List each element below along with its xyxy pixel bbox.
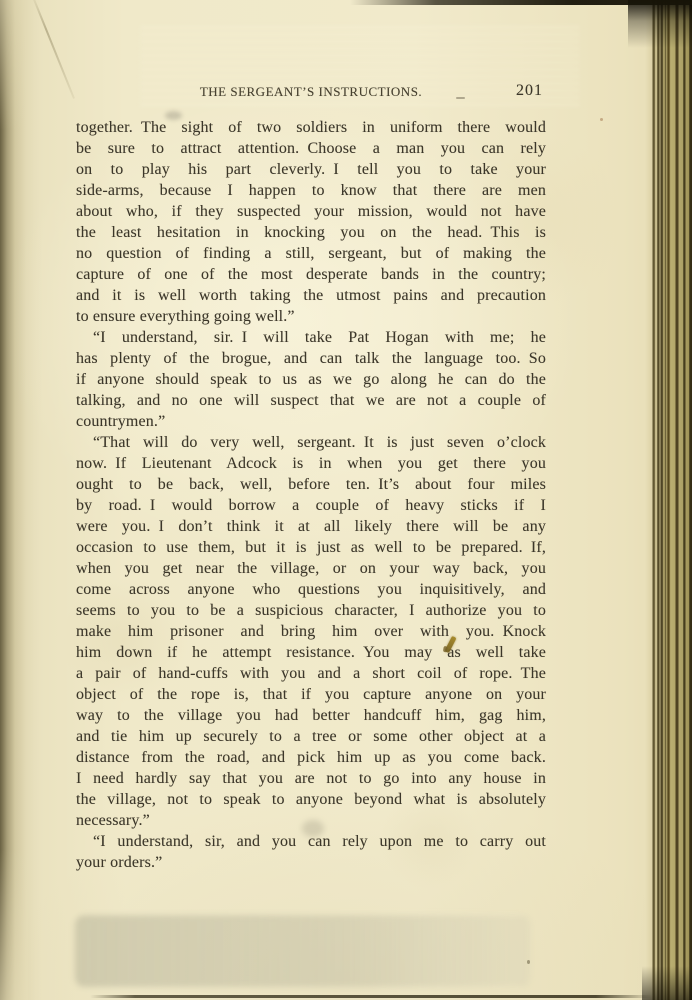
text-line: about who, if they suspected your missio… (76, 201, 546, 222)
text-column: THE SERGEANT’S INSTRUCTIONS. 201 togethe… (76, 84, 546, 873)
text-line: occasion to use them, but it is just as … (76, 537, 546, 558)
text-line: when you get near the village, or on you… (76, 558, 546, 579)
stacked-page-edges (645, 0, 692, 1000)
text-line: him down if he attempt resistance. You m… (76, 642, 546, 663)
text-line: way to the village you had better handcu… (76, 705, 546, 726)
text-line: on to play his part cleverly. I tell you… (76, 159, 546, 180)
text-line: if anyone should speak to us as we go al… (76, 369, 546, 390)
header-stray-mark (456, 97, 465, 99)
page-number: 201 (516, 82, 543, 100)
top-edge-line (350, 0, 692, 5)
faint-smudge-below-necessary (302, 820, 324, 837)
bottom-right-corner-shadow (642, 960, 692, 1000)
text-line: make him prisoner and bring him over wit… (76, 621, 546, 642)
text-line: and it is well worth taking the utmost p… (76, 285, 546, 306)
text-line: by road. I would borrow a couple of heav… (76, 495, 546, 516)
text-line: a pair of hand-cuffs with you and a shor… (76, 663, 546, 684)
paragraph: together. The sight of two soldiers in u… (76, 117, 546, 327)
text-line: side-arms, because I happen to know that… (76, 180, 546, 201)
text-line: distance from the road, and pick him up … (76, 747, 546, 768)
body-text: together. The sight of two soldiers in u… (76, 117, 546, 873)
text-line: to ensure everything going well.” (76, 306, 546, 327)
smudge-above-first-line (165, 111, 182, 120)
text-line: ought to be back, well, before ten. It’s… (76, 474, 546, 495)
text-line: your orders.” (76, 852, 546, 873)
paper-speck (527, 960, 530, 964)
text-line: no question of finding a still, sergeant… (76, 243, 546, 264)
book-scan: THE SERGEANT’S INSTRUCTIONS. 201 togethe… (0, 0, 692, 1000)
paragraph: “That will do very well, sergeant. It is… (76, 432, 546, 831)
text-line: talking, and no one will suspect that we… (76, 390, 546, 411)
text-line: were you. I don’t think it at all likely… (76, 516, 546, 537)
text-line: has plenty of the brogue, and can talk t… (76, 348, 546, 369)
paper-speck (600, 118, 603, 121)
top-right-corner-shadow (628, 0, 692, 60)
text-line: seems to you to be a suspicious characte… (76, 600, 546, 621)
paragraph: “I understand, sir, and you can rely upo… (76, 831, 546, 873)
text-line: the village, not to speak to anyone beyo… (76, 789, 546, 810)
text-line: now. If Lieutenant Adcock is in when you… (76, 453, 546, 474)
text-line: together. The sight of two soldiers in u… (76, 117, 546, 138)
text-line: I need hardly say that you are not to go… (76, 768, 546, 789)
gutter-shadow-fade-top (0, 0, 26, 130)
text-line: countrymen.” (76, 411, 546, 432)
text-line: capture of one of the most desperate ban… (76, 264, 546, 285)
text-line: “I understand, sir. I will take Pat Hoga… (76, 327, 546, 348)
text-line: “That will do very well, sergeant. It is… (76, 432, 546, 453)
running-header: THE SERGEANT’S INSTRUCTIONS. 201 (76, 84, 546, 106)
page-title: THE SERGEANT’S INSTRUCTIONS. (76, 84, 546, 100)
paragraph: “I understand, sir. I will take Pat Hoga… (76, 327, 546, 432)
text-line: be sure to attract attention. Choose a m… (76, 138, 546, 159)
text-line: object of the rope is, that if you captu… (76, 684, 546, 705)
bottom-edge-line (90, 995, 652, 998)
text-line: come across anyone who questions you inq… (76, 579, 546, 600)
text-line: the least hesitation in knocking you on … (76, 222, 546, 243)
gutter-shadow-fade-bottom (0, 850, 28, 1000)
text-line: and tie him up securely to a tree or som… (76, 726, 546, 747)
